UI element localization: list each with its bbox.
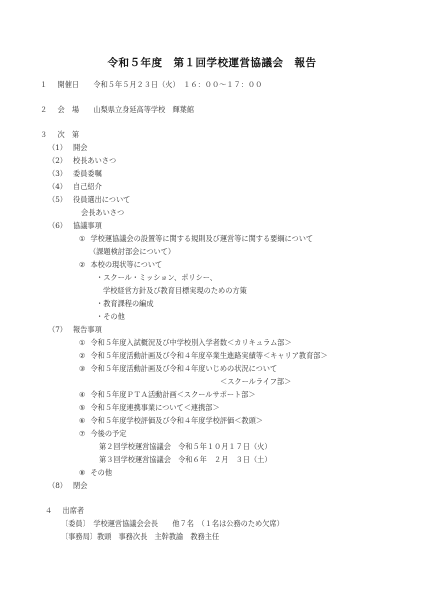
venue-row: ２ 会 場 山梨県立身延高等学校 輝葉館 (40, 105, 194, 114)
bullet-item-cont: 学校経営方針及び教育目標実現のための方策 (103, 286, 247, 295)
discussion-item: ②本校の現状等について (79, 260, 162, 269)
item-number: （8） (48, 481, 67, 490)
section-number: ３ (40, 130, 47, 139)
bullet-item: ・スクール・ミッション、ポリシー、 (96, 273, 217, 282)
item-text: 校長あいさつ (73, 156, 116, 165)
report-item: ②令和５年度活動計画及び令和４年度卒業生進路実績等＜キャリア教育部＞ (79, 351, 328, 360)
item-text: 令和５年度活動計画及び令和４年度いじめの状況について (90, 364, 277, 373)
bullet-item: ・その他 (96, 312, 125, 321)
item-text: 令和５年度学校評価及び令和４年度学校評価＜教頭＞ (90, 416, 263, 425)
agenda-label: 次 第 (58, 130, 80, 139)
item-number: （1） (48, 143, 67, 152)
item-text: 報告事項 (73, 325, 102, 334)
item-text: 令和５年度ＰＴＡ活動計画＜スクールサポート部＞ (90, 390, 255, 399)
item-number: ② (79, 260, 85, 269)
agenda-item: （3）委員委嘱 (48, 169, 67, 178)
report-item-cont: ＜スクールライフ部＞ (220, 377, 291, 386)
report-item: ①令和５年度入試概況及び中学校別入学者数＜カリキュラム部＞ (79, 338, 292, 347)
item-number: （2） (48, 156, 67, 165)
section-number: ２ (40, 105, 47, 114)
item-text: 開会 (73, 143, 87, 152)
attendees-label: 出席者 (63, 506, 85, 515)
item-text: 本校の現状等について (90, 260, 162, 269)
venue-label: 会 場 (58, 105, 80, 114)
item-text: 委員委嘱 (73, 169, 102, 178)
item-text: 役員選出について (73, 195, 130, 204)
section-number: １ (40, 80, 47, 89)
report-item: ⑥令和５年度学校評価及び令和４年度学校評価＜教頭＞ (79, 416, 263, 425)
venue-value: 山梨県立身延高等学校 輝葉館 (93, 105, 194, 114)
item-number: （6） (48, 221, 67, 230)
discussion-item: ①学校運協議会の設置等に関する規則及び運営等に関する要綱について (79, 234, 313, 243)
item-number: （5） (48, 195, 67, 204)
item-text: 閉会 (73, 481, 87, 490)
page-title: 令和５年度 第１回学校運営協議会 報告 (0, 55, 424, 70)
item-number: ⑧ (79, 468, 85, 477)
section-number: ４ (45, 506, 52, 515)
item-text: 令和５年度活動計画及び令和４年度卒業生進路実績等＜キャリア教育部＞ (90, 351, 327, 360)
item-text: 協議事項 (73, 221, 102, 230)
attendee-row: 〔事務局〕教頭 事務次長 主幹教諭 教務主任 (61, 532, 219, 541)
report-item: ③令和５年度活動計画及び令和４年度いじめの状況について (79, 364, 277, 373)
date-value: 令和５年５月２３日（火） １６：００～１７：００ (93, 80, 262, 89)
item-text: その他 (90, 468, 112, 477)
item-number: （4） (48, 182, 67, 191)
agenda-item: （2）校長あいさつ (48, 156, 67, 165)
report-item: ④令和５年度ＰＴＡ活動計画＜スクールサポート部＞ (79, 390, 256, 399)
schedule-row: 第３回学校運営協議会 令和６年 ２月 ３日（土） (99, 455, 272, 464)
agenda-item: （5）役員選出について (48, 195, 67, 204)
item-number: ⑥ (79, 416, 85, 425)
item-number: ③ (79, 364, 85, 373)
agenda-item: （1）開会 (48, 143, 67, 152)
item-number: ⑤ (79, 403, 85, 412)
attendees-heading: ４ 出席者 (45, 506, 84, 515)
item-number: ⑦ (79, 429, 85, 438)
discussion-item-cont: （課題検討部会について） (89, 247, 175, 256)
item-number: ① (79, 338, 85, 347)
report-item: ⑤令和５年度連携事業について＜連携部＞ (79, 403, 220, 412)
item-number: ② (79, 351, 85, 360)
item-text: 令和５年度連携事業について＜連携部＞ (90, 403, 219, 412)
item-number: （3） (48, 169, 67, 178)
item-text: 今後の予定 (90, 429, 126, 438)
item-text: 自己紹介 (73, 182, 102, 191)
bullet-item: ・教育課程の編成 (96, 299, 154, 308)
date-label: 開催日 (58, 80, 80, 89)
item-number: ① (79, 234, 85, 243)
item-text: 学校運協議会の設置等に関する規則及び運営等に関する要綱について (90, 234, 313, 243)
report-item: ⑦今後の予定 (79, 429, 126, 438)
agenda-item: （6）協議事項 (48, 221, 67, 230)
attendee-row: 〔委員〕 学校運営協議会会長 他７名 （１名は公務のため欠席） (61, 519, 284, 528)
item-text: 令和５年度入試概況及び中学校別入学者数＜カリキュラム部＞ (90, 338, 291, 347)
agenda-item: （4）自己紹介 (48, 182, 67, 191)
report-item: ⑧その他 (79, 468, 112, 477)
item-number: ④ (79, 390, 85, 399)
agenda-item: （7）報告事項 (48, 325, 67, 334)
agenda-subline: 会長あいさつ (81, 208, 124, 217)
schedule-row: 第２回学校運営協議会 令和５年１０月１７日（火） (99, 442, 272, 451)
date-row: １ 開催日 令和５年５月２３日（火） １６：００～１７：００ (40, 80, 262, 89)
agenda-item: （8）閉会 (48, 481, 67, 490)
agenda-heading: ３ 次 第 (40, 130, 79, 139)
item-number: （7） (48, 325, 67, 334)
